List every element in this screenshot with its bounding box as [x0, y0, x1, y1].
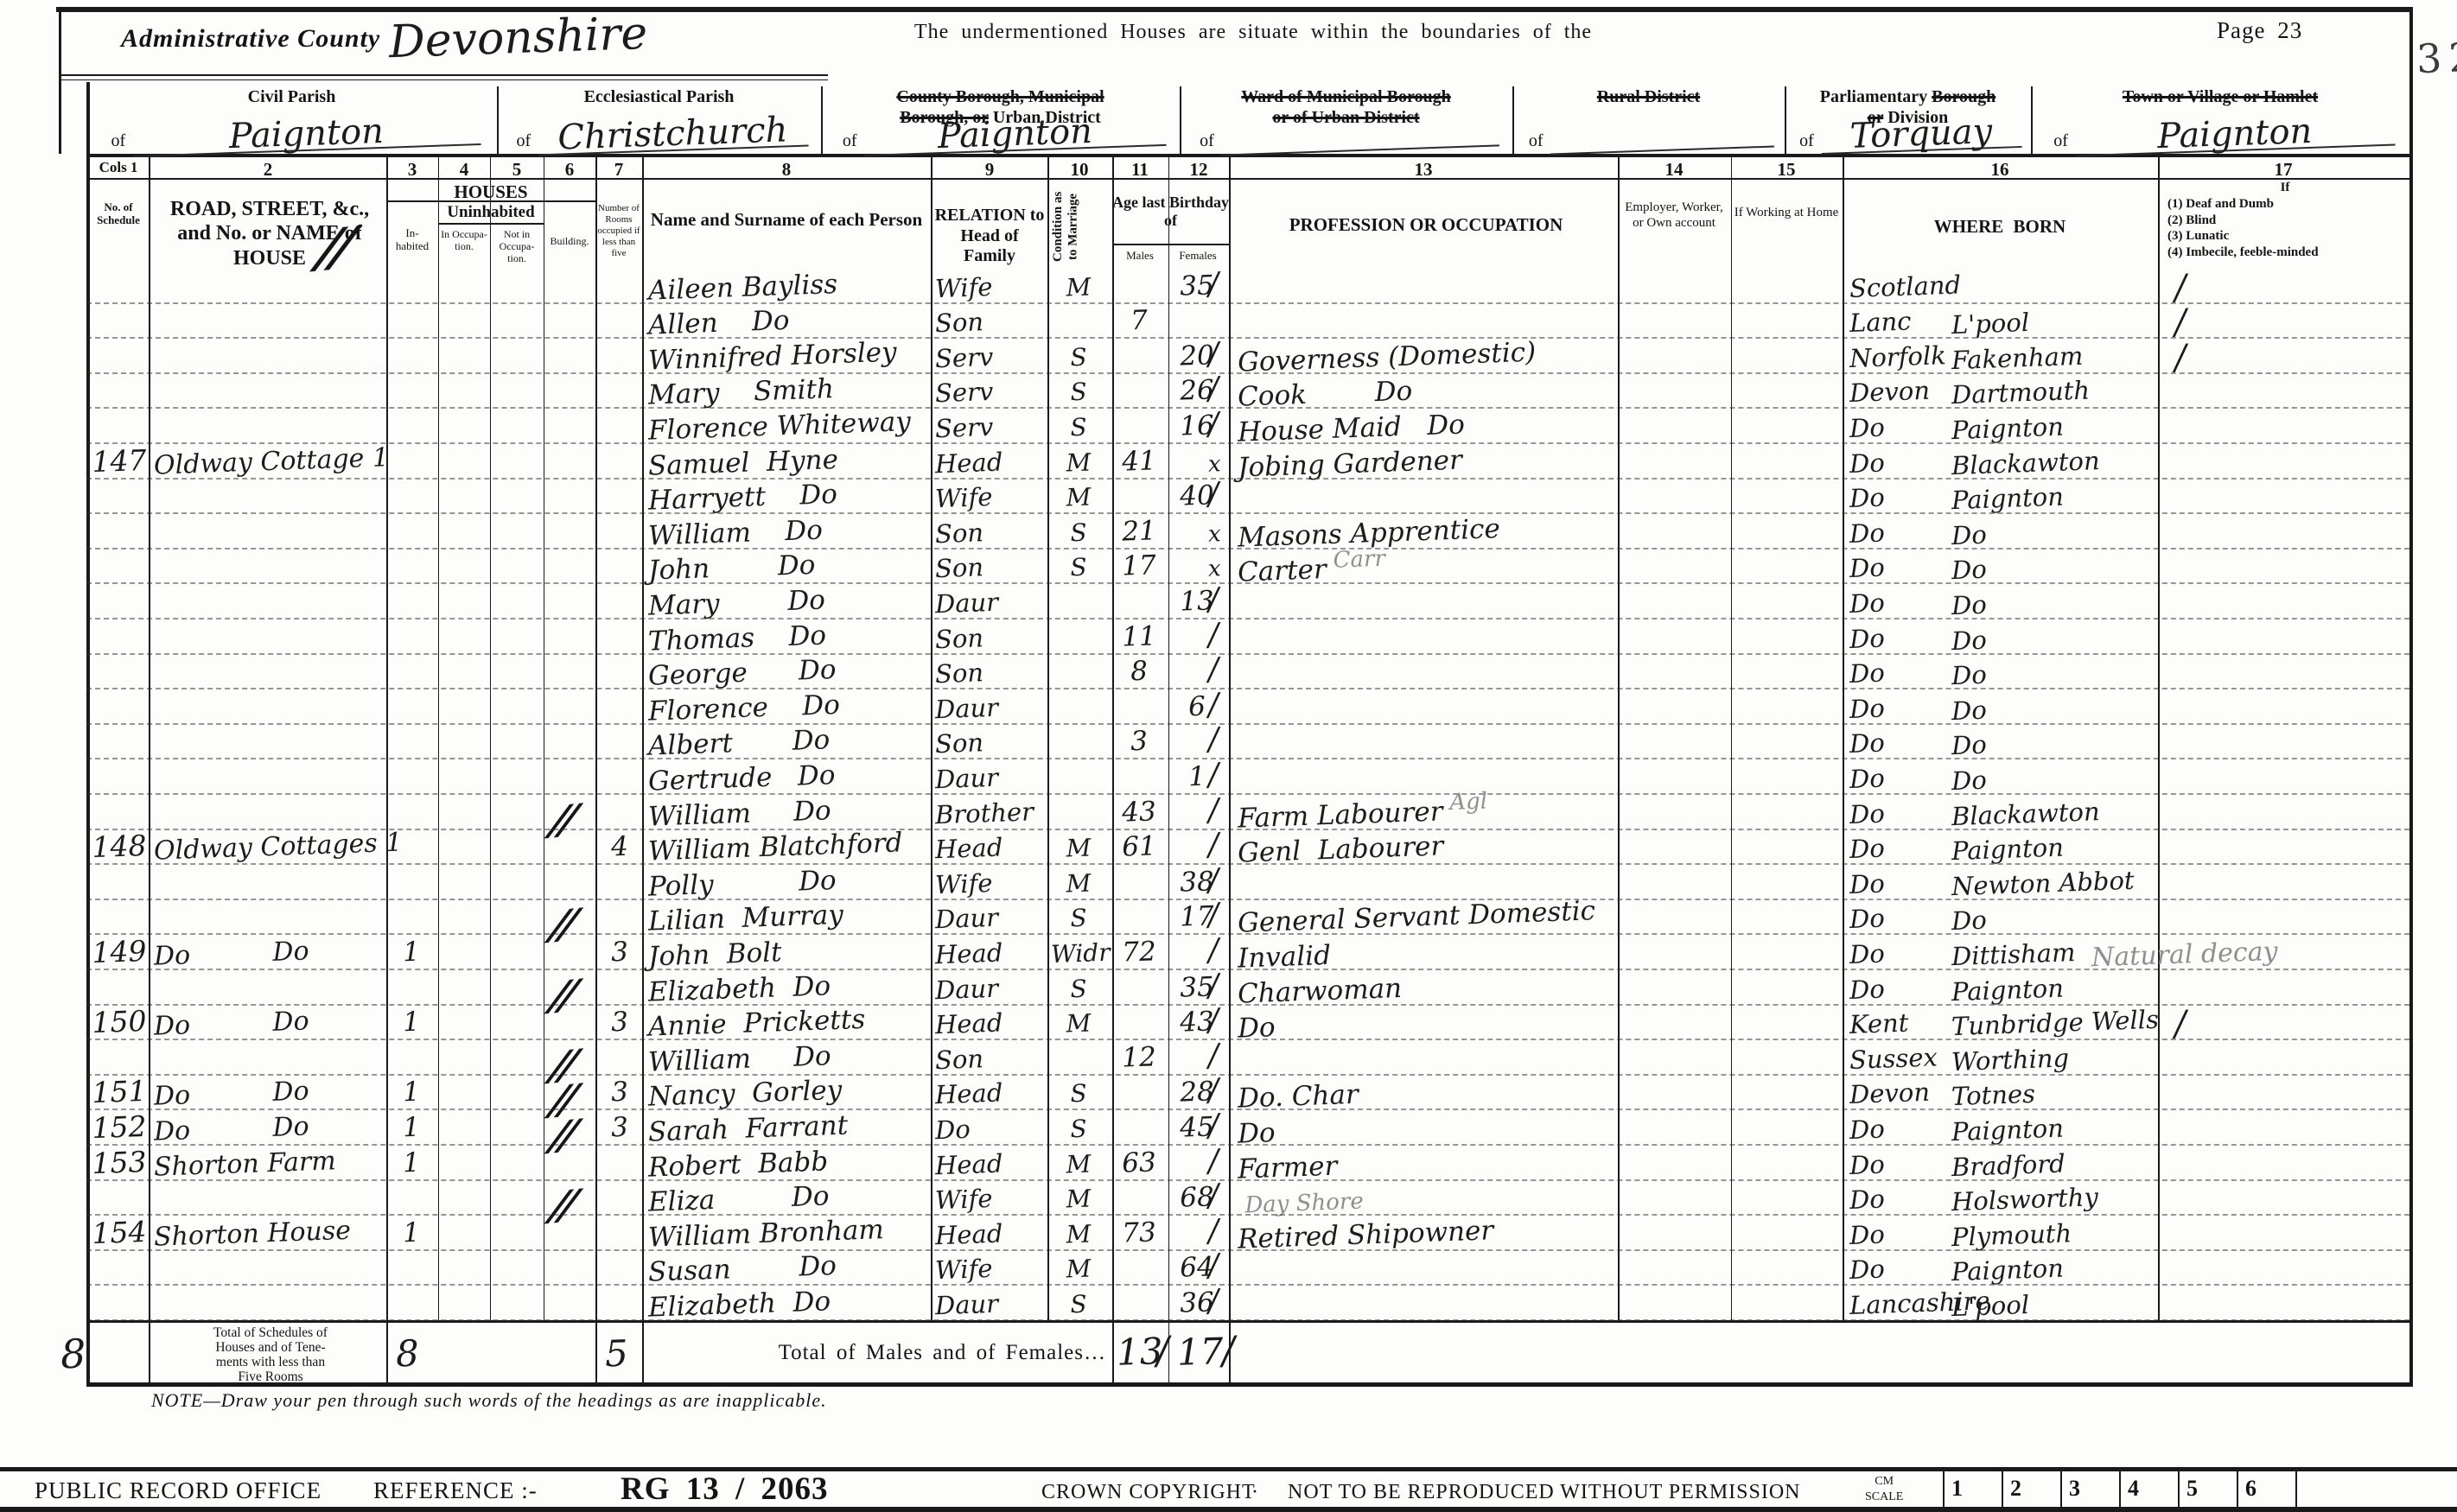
- ruler-number: 4: [2128, 1476, 2139, 1502]
- totals-label: Total of Males and of Females…: [743, 1341, 1106, 1365]
- district-label: Parliamentary Borough: [1785, 86, 2031, 107]
- person-name: Thomas Do: [648, 619, 927, 655]
- column-header-name: Name and Surname of each Person: [648, 209, 925, 231]
- where-born-place: Do: [1951, 762, 2155, 794]
- marital-condition: M: [1051, 449, 1107, 475]
- enumerator-tick: /: [1207, 583, 1246, 616]
- age-male: 17: [1112, 552, 1165, 581]
- house-name: Shorton House: [154, 1217, 386, 1250]
- relation-to-head: Head: [935, 834, 1047, 862]
- district-of-row: of: [1529, 131, 1774, 151]
- rooms-count: 4: [599, 833, 640, 861]
- where-born-county: Do: [1849, 728, 1949, 757]
- table-row: Mary SmithServS26/Cook DoDevonDartmouth: [0, 373, 2457, 409]
- table-row: Albert DoSon3/DoDo: [0, 724, 2457, 759]
- person-name: Susan Do: [648, 1250, 927, 1286]
- relation-to-head: Brother: [935, 798, 1047, 827]
- column-header-not-in-occupation: Not in Occupa- tion.: [492, 228, 542, 264]
- where-born-county: Do: [1849, 1185, 1949, 1213]
- relation-to-head: Son: [935, 728, 1047, 757]
- relation-to-head: Son: [935, 658, 1047, 687]
- struck-heading-text: County Borough, Municipal: [896, 87, 1104, 106]
- age-male: 3: [1112, 727, 1165, 756]
- relation-to-head: Son: [935, 518, 1047, 547]
- profession: Charwoman: [1238, 968, 1615, 1007]
- person-name: William Blatchford: [648, 829, 927, 866]
- where-born-place: Do: [1951, 727, 2155, 759]
- where-born-county: Do: [1849, 1255, 1949, 1283]
- age-male: 7: [1112, 307, 1165, 335]
- ruler-number: 2: [2010, 1476, 2021, 1502]
- admin-county-label: Administrative County: [121, 24, 380, 54]
- ruler-tick: [2060, 1471, 2062, 1507]
- table-row: Florence DoDaur6/DoDo: [0, 689, 2457, 724]
- table-row: 152Do Do1//3Sarah FarrantDoS45/DoDoPaign…: [0, 1109, 2457, 1145]
- age-male: 63: [1112, 1149, 1165, 1178]
- table-row: //William DoBrother43/Farm Labourer AglD…: [0, 794, 2457, 829]
- district-of-row: ofPaignton: [843, 118, 1166, 151]
- where-born-place: Do: [1951, 551, 2155, 583]
- where-born-county: Sussex: [1849, 1045, 1949, 1073]
- relation-to-head: Daur: [935, 904, 1047, 932]
- person-name: William Do: [648, 513, 927, 550]
- where-born-county: Scotland: [1849, 273, 1949, 302]
- age-male: 8: [1112, 658, 1165, 686]
- marital-condition: Widr: [1051, 941, 1107, 967]
- enumerator-tick: /: [1207, 478, 1246, 511]
- rule-line: [59, 74, 828, 76]
- ruler-tick: [2002, 1471, 2003, 1507]
- schedule-number: 152: [89, 1112, 149, 1142]
- summary-line: Houses and of Tene-: [157, 1340, 384, 1355]
- enumerator-tick: /: [1155, 1329, 1170, 1373]
- district-of-row: ofPaignton: [2053, 118, 2394, 151]
- rule-line: [0, 1507, 2457, 1512]
- admin-county-value: Devonshire: [388, 8, 648, 68]
- enumerator-tick: /: [1207, 724, 1246, 757]
- heading-text: Ecclesiastical Parish: [584, 87, 735, 106]
- summary-line: ments with less than: [157, 1355, 384, 1369]
- where-born-county: Do: [1849, 553, 1949, 581]
- person-name: Polly Do: [648, 864, 927, 900]
- person-name: Samuel Hyne: [648, 443, 927, 480]
- ruler-number: 5: [2186, 1476, 2198, 1502]
- struck-heading-text: Ward of Municipal Borough: [1241, 87, 1450, 106]
- person-name: Florence Whiteway: [648, 408, 927, 444]
- where-born-county: Do: [1849, 518, 1949, 547]
- column-header-rooms: Number of Rooms occupied if less than fi…: [597, 203, 640, 259]
- schedule-number: 148: [89, 831, 149, 861]
- profession: Carter Carr: [1238, 547, 1615, 587]
- where-born-county: Devon: [1849, 1079, 1949, 1108]
- age-male: 41: [1112, 448, 1165, 476]
- district-cell: Town or Village or HamletofPaignton: [2031, 86, 2409, 154]
- table-row: Susan DoWifeM64/DoPaignton: [0, 1250, 2457, 1286]
- relation-to-head: Son: [935, 623, 1047, 651]
- scale-line: SCALE: [1865, 1490, 1903, 1505]
- relation-to-head: Head: [935, 448, 1047, 476]
- where-born-place: L'pool: [1951, 306, 2155, 338]
- person-name: William Do: [648, 794, 927, 830]
- marital-condition: M: [1051, 1222, 1107, 1248]
- district-of-row: ofPaignton: [111, 118, 481, 151]
- enumerator-tick: /: [1207, 1285, 1246, 1318]
- district-label: Ward of Municipal Borough: [1180, 86, 1512, 107]
- person-name: George Do: [648, 654, 927, 690]
- table-row: John DoSonS17xCarter CarrDoDo: [0, 549, 2457, 584]
- age-male: 11: [1112, 623, 1165, 651]
- district-cell: Civil ParishofPaignton: [86, 86, 497, 154]
- house-name: Do Do: [154, 1077, 386, 1110]
- profession: House Maid Do: [1238, 406, 1615, 446]
- of-label: of: [2053, 131, 2068, 151]
- table-row: Elizabeth DoDaurS36/LancashireL'pool: [0, 1285, 2457, 1320]
- column-header-infirmity: If (1) Deaf and Dumb (2) Blind (3) Lunat…: [2167, 180, 2403, 261]
- profession: Genl Labourer: [1238, 828, 1615, 867]
- relation-to-head: Daur: [935, 974, 1047, 1002]
- where-born-place: Do: [1951, 587, 2155, 619]
- table-row: Aileen BaylissWifeM35/Scotland/: [0, 268, 2457, 303]
- profession: Do: [1238, 1108, 1615, 1147]
- age-male: 73: [1112, 1219, 1165, 1248]
- person-name: William Do: [648, 1039, 927, 1076]
- enumerator-tick: /: [1207, 864, 1246, 897]
- schedule-number: 154: [89, 1217, 149, 1248]
- page-number: Page 23: [2217, 17, 2302, 44]
- where-born-county: Do: [1849, 1220, 1949, 1248]
- uninhabited-group-label: Uninhabited: [438, 203, 544, 222]
- district-value: Paignton: [2074, 113, 2395, 157]
- district-value: Torquay: [1820, 115, 2021, 155]
- infirmity-line: (4) Imbecile, feeble-minded: [2167, 245, 2403, 261]
- district-cell: Rural Districtof: [1512, 86, 1785, 154]
- column-number: 10: [1053, 159, 1105, 181]
- column-number: 4: [438, 159, 490, 181]
- profession: Masons Apprentice: [1238, 511, 1615, 551]
- column-number: 6: [544, 159, 595, 181]
- relation-to-head: Daur: [935, 694, 1047, 722]
- district-value: Paignton: [132, 112, 481, 157]
- summary-block: Total of Schedules of Houses and of Tene…: [157, 1325, 384, 1385]
- column-header-inhabited: In- habited: [388, 226, 436, 253]
- relation-to-head: Wife: [935, 483, 1047, 511]
- relation-to-head: Daur: [935, 588, 1047, 617]
- footer-dot: ·: [1251, 1481, 1259, 1504]
- relation-to-head: Head: [935, 1079, 1047, 1108]
- person-name: Harryett Do: [648, 479, 927, 515]
- where-born-county: Do: [1849, 764, 1949, 792]
- person-name: Lilian Murray: [648, 899, 927, 936]
- column-header-employer: Employer, Worker, or Own account: [1620, 200, 1728, 231]
- district-of-row: ofChristchurch: [517, 118, 809, 151]
- marital-condition: S: [1051, 345, 1107, 371]
- relation-to-head: Wife: [935, 1255, 1047, 1283]
- rooms-count: 3: [599, 1114, 640, 1142]
- column-number: 7: [593, 159, 645, 181]
- where-born-county: Do: [1849, 413, 1949, 442]
- enumerator-tick: /: [1207, 689, 1246, 721]
- column-number: 15: [1760, 159, 1812, 181]
- undermentioned-text: The undermentioned Houses are situate wi…: [864, 21, 1642, 44]
- table-row: //Elizabeth DoDaurS35/CharwomanDoPaignto…: [0, 969, 2457, 1005]
- column-number: 17: [2257, 159, 2309, 181]
- table-row: Gertrude DoDaur1/DoDo: [0, 759, 2457, 794]
- where-born-place: Blackawton: [1951, 447, 2155, 479]
- rooms-count: 3: [599, 1008, 640, 1037]
- person-name: Sarah Farrant: [648, 1109, 927, 1146]
- district-label: Ecclesiastical Parish: [497, 86, 821, 107]
- enumerator-tick: /: [1207, 1039, 1246, 1072]
- marital-condition: M: [1051, 1151, 1107, 1177]
- cols-label: Cols 1: [88, 159, 149, 176]
- where-born-place: Holsworthy: [1951, 1183, 2155, 1215]
- headings-note: NOTE—Draw your pen through such words of…: [151, 1389, 827, 1412]
- age-male: 43: [1112, 798, 1165, 827]
- enumerator-tick: /: [1207, 268, 1246, 301]
- column-header-profession: PROFESSION OR OCCUPATION: [1238, 214, 1614, 236]
- schedule-number: 150: [89, 1007, 149, 1037]
- infirmity-line: (1) Deaf and Dumb: [2167, 196, 2403, 213]
- enumerator-tick: /: [1207, 759, 1246, 791]
- of-label: of: [843, 131, 857, 151]
- of-label: of: [1799, 131, 1814, 151]
- struck-heading-text: Town or Village or Hamlet: [2123, 87, 2318, 106]
- relation-to-head: Serv: [935, 343, 1047, 372]
- where-born-county: Do: [1849, 799, 1949, 828]
- where-born-county: Lanc: [1849, 308, 1949, 336]
- marital-condition: M: [1051, 1011, 1107, 1037]
- profession: Invalid: [1238, 932, 1615, 972]
- person-name: Mary Do: [648, 583, 927, 619]
- where-born-place: Do: [1951, 692, 2155, 724]
- column-header-males: Males: [1113, 249, 1167, 262]
- table-row: //Lilian MurrayDaurS17/General Servant D…: [0, 899, 2457, 935]
- enumerator-tick: /: [1207, 653, 1246, 686]
- relation-to-head: Serv: [935, 378, 1047, 406]
- table-row: 147Oldway Cottage 1Samuel HyneHeadM41xJo…: [0, 443, 2457, 479]
- profession: General Servant Domestic: [1238, 898, 1615, 937]
- where-born-county: Do: [1849, 904, 1949, 932]
- marital-condition: S: [1051, 1081, 1107, 1107]
- summary-rooms-value: 5: [604, 1332, 628, 1375]
- relation-to-head: Head: [935, 1009, 1047, 1038]
- column-header-condition: Condition as to Marriage: [1051, 187, 1106, 266]
- heading-text: Civil Parish: [248, 87, 336, 106]
- profession: Do. Char: [1238, 1073, 1615, 1113]
- ruler-tick: [2178, 1471, 2180, 1507]
- column-number: 8: [761, 159, 812, 181]
- district-of-row: of: [1200, 131, 1499, 151]
- where-born-county: Do: [1849, 1150, 1949, 1178]
- summary-margin-value: 8: [60, 1331, 86, 1378]
- column-number: 2: [242, 159, 294, 181]
- census-page-scan: Administrative County Devonshire The und…: [0, 0, 2457, 1512]
- person-name: Aileen Bayliss: [648, 268, 927, 304]
- person-name: John Do: [648, 549, 927, 585]
- house-name: Oldway Cottage 1: [154, 445, 386, 479]
- of-label: of: [1200, 131, 1214, 151]
- relation-to-head: Do: [935, 1115, 1047, 1143]
- of-label: of: [517, 131, 532, 151]
- age-male: 21: [1112, 518, 1165, 546]
- where-born-county: Do: [1849, 1115, 1949, 1143]
- where-born-place: Do: [1951, 517, 2155, 549]
- column-header-females: Females: [1168, 249, 1227, 262]
- struck-heading-text: or of Urban District: [1272, 108, 1419, 127]
- struck-heading-text: Rural District: [1597, 87, 1700, 106]
- relation-to-head: Daur: [935, 1290, 1047, 1318]
- enumerator-tick: /: [1207, 619, 1246, 651]
- where-born-county: Do: [1849, 869, 1949, 898]
- marital-condition: S: [1051, 905, 1107, 931]
- where-born-place: Newton Abbot: [1951, 867, 2155, 899]
- column-number: 3: [386, 159, 438, 181]
- person-name: William Bronham: [648, 1215, 927, 1251]
- profession: Jobing Gardener: [1238, 442, 1615, 481]
- relation-to-head: Wife: [935, 1185, 1047, 1213]
- house-name: Do Do: [154, 1111, 386, 1145]
- age-male: 72: [1112, 938, 1165, 967]
- district-value: [1550, 145, 1774, 155]
- schedule-number: 153: [89, 1147, 149, 1177]
- ruler-number: 1: [1951, 1476, 1963, 1502]
- person-name: Winnifred Horsley: [648, 338, 927, 374]
- district-label: Rural District: [1512, 86, 1785, 107]
- inhabited-mark: 1: [386, 1149, 436, 1178]
- where-born-place: Paignton: [1951, 1253, 2155, 1285]
- marital-condition: S: [1051, 1116, 1107, 1142]
- district-label: Civil Parish: [86, 86, 497, 107]
- profession: Cook Do: [1238, 372, 1615, 411]
- marital-condition: S: [1051, 520, 1107, 546]
- table-row: 148Oldway Cottages 14William BlatchfordH…: [0, 829, 2457, 865]
- profession: Farmer: [1238, 1143, 1615, 1183]
- rule-line: [56, 7, 2413, 12]
- inhabited-mark: 1: [386, 938, 436, 967]
- ruler-number: 6: [2245, 1476, 2256, 1502]
- column-number: 11: [1114, 159, 1166, 181]
- where-born-county: Do: [1849, 658, 1949, 687]
- table-row: Thomas DoSon11/DoDo: [0, 619, 2457, 654]
- person-name: Mary Smith: [648, 373, 927, 410]
- person-name: Elizabeth Do: [648, 1285, 927, 1321]
- person-name: Gertrude Do: [648, 759, 927, 795]
- marital-condition: S: [1051, 1292, 1107, 1318]
- column-header-relation: RELATION to Head of Family: [933, 206, 1046, 267]
- where-born-county: Do: [1849, 448, 1949, 477]
- table-row: 154Shorton House1William BronhamHeadM73/…: [0, 1215, 2457, 1250]
- summary-houses-value: 8: [395, 1332, 419, 1375]
- age-male: 12: [1112, 1044, 1165, 1072]
- column-header-in-occupation: In Occupa- tion.: [440, 228, 488, 252]
- of-label: of: [111, 131, 126, 151]
- where-born-place: Paignton: [1951, 1113, 2155, 1145]
- where-born-place: Tunbridge Wells: [1951, 1007, 2155, 1039]
- where-born-county: Lancashire: [1849, 1290, 1949, 1318]
- marital-condition: M: [1051, 274, 1107, 300]
- ruler-tick: [2237, 1471, 2238, 1507]
- table-row: //William DoSon12/SussexWorthing: [0, 1039, 2457, 1075]
- schedule-number: 147: [89, 445, 149, 475]
- where-born-county: Devon: [1849, 378, 1949, 406]
- district-cell: Ward of Municipal Boroughor of Urban Dis…: [1180, 86, 1512, 154]
- column-header-where-born: WHERE BORN: [1844, 216, 2155, 238]
- house-name: Do Do: [154, 936, 386, 969]
- relation-to-head: Wife: [935, 272, 1047, 301]
- column-header-age: Age last Birthday of: [1112, 194, 1229, 230]
- where-born-place: Worthing: [1951, 1043, 2155, 1075]
- table-row: 150Do Do13Annie PrickettsHeadM43/DoKentT…: [0, 1005, 2457, 1040]
- person-name: Elizabeth Do: [648, 969, 927, 1006]
- relation-to-head: Wife: [935, 869, 1047, 898]
- footer-reference-value: RG 13 / 2063: [621, 1471, 829, 1508]
- column-number: 12: [1173, 159, 1225, 181]
- marital-condition: S: [1051, 415, 1107, 441]
- where-born-place: Paignton: [1951, 411, 2155, 443]
- where-born-county: Norfolk: [1849, 343, 1949, 372]
- marital-condition: M: [1051, 871, 1107, 897]
- column-header-building: Building.: [545, 235, 594, 247]
- rule-line: [1112, 244, 1229, 245]
- person-name: Robert Babb: [648, 1145, 927, 1181]
- infirmity-line: If: [2167, 180, 2403, 196]
- person-name: Annie Pricketts: [648, 1005, 927, 1041]
- table-row: 153Shorton Farm1Robert BabbHeadM63/Farme…: [0, 1145, 2457, 1180]
- column-header-schedule: No. of Schedule: [88, 200, 149, 227]
- table-row: Florence WhitewayServS16/House Maid DoDo…: [0, 408, 2457, 443]
- table-row: //Eliza DoWifeM68/ Day ShoreDoHolsworthy: [0, 1180, 2457, 1216]
- relation-to-head: Serv: [935, 413, 1047, 442]
- where-born-place: Paignton: [1951, 481, 2155, 513]
- where-born-county: Do: [1849, 588, 1949, 617]
- where-born-place: Do: [1951, 622, 2155, 654]
- where-born-place: Plymouth: [1951, 1218, 2155, 1250]
- footer-copyright: CROWN COPYRIGHT: [1041, 1481, 1256, 1504]
- district-label: or of Urban District: [1180, 107, 1512, 128]
- rooms-count: 3: [599, 1079, 640, 1108]
- table-row: Harryett DoWifeM40/DoPaignton: [0, 479, 2457, 514]
- pencil-note: Agl: [1442, 788, 1488, 816]
- district-of-row: ofTorquay: [1799, 118, 2021, 151]
- where-born-place: Blackawton: [1951, 797, 2155, 829]
- person-name: Eliza Do: [648, 1180, 927, 1217]
- rule-line: [0, 1467, 2457, 1471]
- where-born-place: Fakenham: [1951, 341, 2155, 373]
- marital-condition: S: [1051, 975, 1107, 1001]
- infirmity-line: (3) Lunatic: [2167, 228, 2403, 245]
- district-value: Paignton: [863, 113, 1166, 156]
- column-header-at-home: If Working at Home: [1733, 206, 1840, 221]
- ruler-tick: [2295, 1471, 2297, 1507]
- profession: Do: [1238, 1003, 1615, 1043]
- infirmity-line: (2) Blind: [2167, 213, 2403, 229]
- inhabited-mark: 1: [386, 1078, 436, 1107]
- age-male: 61: [1112, 833, 1165, 861]
- where-born-place: Do: [1951, 657, 2155, 689]
- where-born-place: Totnes: [1951, 1077, 2155, 1109]
- table-row: 151Do Do1//3Nancy GorleyHeadS28/Do. Char…: [0, 1075, 2457, 1110]
- where-born-county: Do: [1849, 834, 1949, 862]
- table-row: 149Do Do13John BoltHeadWidr72/InvalidDoD…: [0, 934, 2457, 969]
- table-row: Allen DoSon7LancL'pool/: [0, 303, 2457, 339]
- enumerator-tick: /: [1221, 1329, 1236, 1373]
- house-name: Oldway Cottages 1: [154, 831, 386, 865]
- table-row: Polly DoWifeM38/DoNewton Abbot: [0, 864, 2457, 899]
- table-row: George DoSon8/DoDo: [0, 654, 2457, 689]
- district-cell: Ecclesiastical ParishofChristchurch: [497, 86, 821, 154]
- person-name: Florence Do: [648, 689, 927, 725]
- ruler-tick: [2119, 1471, 2121, 1507]
